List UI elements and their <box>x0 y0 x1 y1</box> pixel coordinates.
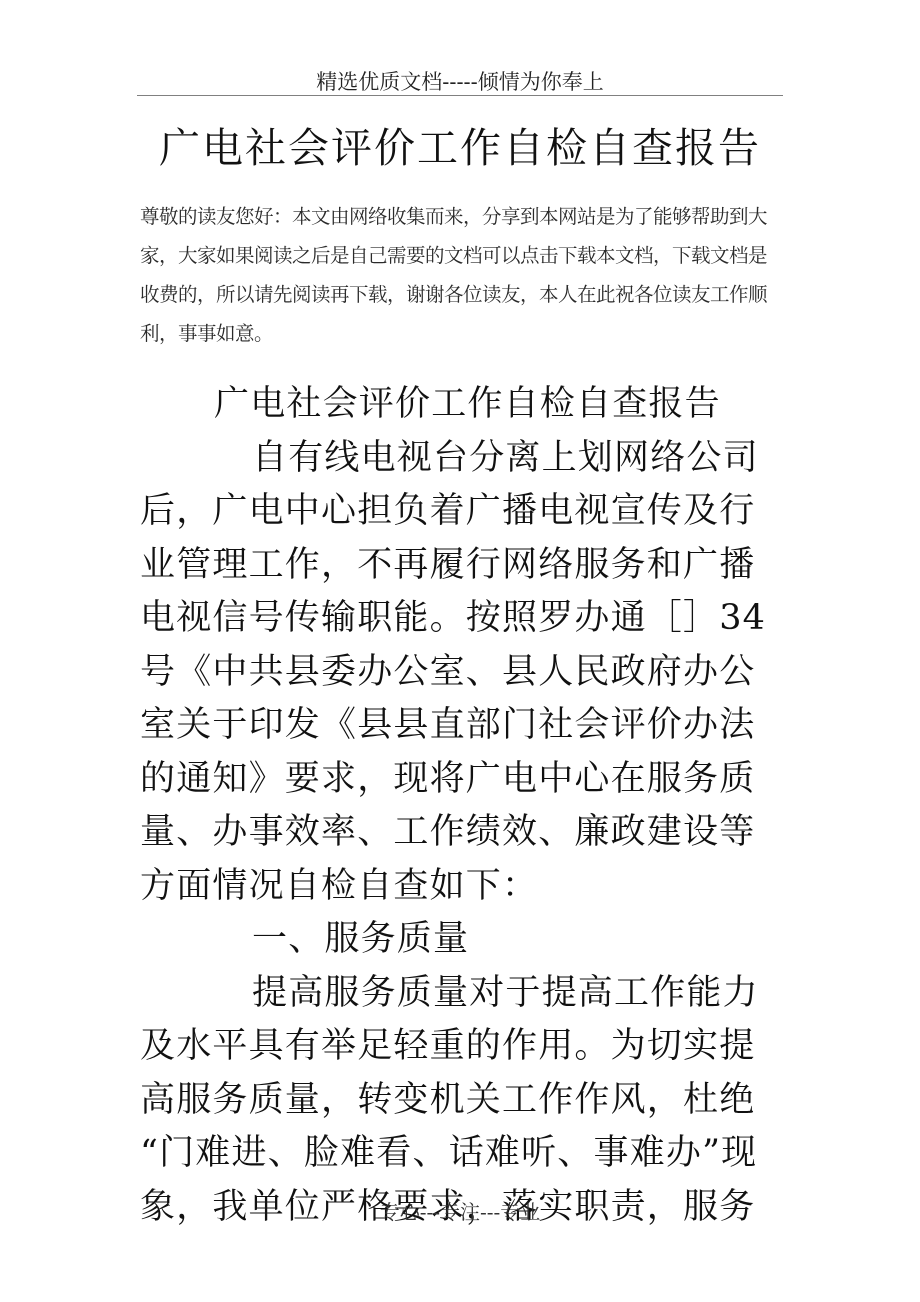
page-header-text: 精选优质文档-----倾情为你奉上 <box>0 66 920 96</box>
paragraph-line: 提高服务质量对于提高工作能力 <box>140 967 772 1021</box>
paragraph-line: 方面情况自检自查如下： <box>140 860 772 914</box>
notice-line: 收费的，所以请先阅读再下载，谢谢各位读友，本人在此祝各位读友工作顺 <box>140 275 780 314</box>
paragraph-line: 室关于印发《县县直部门社会评价办法 <box>140 699 772 753</box>
notice-line: 家，大家如果阅读之后是自己需要的文档可以点击下载本文档，下载文档是 <box>140 236 780 275</box>
paragraph-line: 的通知》要求，现将广电中心在服务质 <box>140 753 772 807</box>
paragraph-service-quality: 提高服务质量对于提高工作能力 及水平具有举足轻重的作用。为切实提 高服务质量，转… <box>140 967 772 1235</box>
paragraph-line: 自有线电视台分离上划网络公司 <box>140 432 772 486</box>
reader-notice: 尊敬的读友您好：本文由网络收集而来，分享到本网站是为了能够帮助到大 家，大家如果… <box>140 197 780 353</box>
paragraph-intro: 自有线电视台分离上划网络公司 后，广电中心担负着广播电视宣传及行 业管理工作，不… <box>140 432 772 914</box>
document-title: 广电社会评价工作自检自查报告 <box>0 122 920 174</box>
body-subtitle: 广电社会评价工作自检自查报告 <box>140 378 772 432</box>
paragraph-line: 号《中共县委办公室、县人民政府办公 <box>140 646 772 700</box>
section-heading-service-quality: 一、服务质量 <box>140 913 772 967</box>
paragraph-line: 电视信号传输职能。按照罗办通［］34 <box>140 592 772 646</box>
paragraph-line: 及水平具有举足轻重的作用。为切实提 <box>140 1020 772 1074</box>
paragraph-line: 后，广电中心担负着广播电视宣传及行 <box>140 485 772 539</box>
paragraph-line: “门难进、脸难看、话难听、事难办”现 <box>140 1127 772 1181</box>
document-body: 广电社会评价工作自检自查报告 自有线电视台分离上划网络公司 后，广电中心担负着广… <box>140 378 772 1234</box>
paragraph-line: 高服务质量，转变机关工作作风，杜绝 <box>140 1074 772 1128</box>
paragraph-line: 量、办事效率、工作绩效、廉政建设等 <box>140 806 772 860</box>
page-footer-text: 专心---专注---专业 <box>0 1196 920 1225</box>
paragraph-line: 业管理工作，不再履行网络服务和广播 <box>140 539 772 593</box>
notice-line: 尊敬的读友您好：本文由网络收集而来，分享到本网站是为了能够帮助到大 <box>140 197 780 236</box>
notice-line: 利，事事如意。 <box>140 314 780 353</box>
header-divider <box>137 95 783 96</box>
